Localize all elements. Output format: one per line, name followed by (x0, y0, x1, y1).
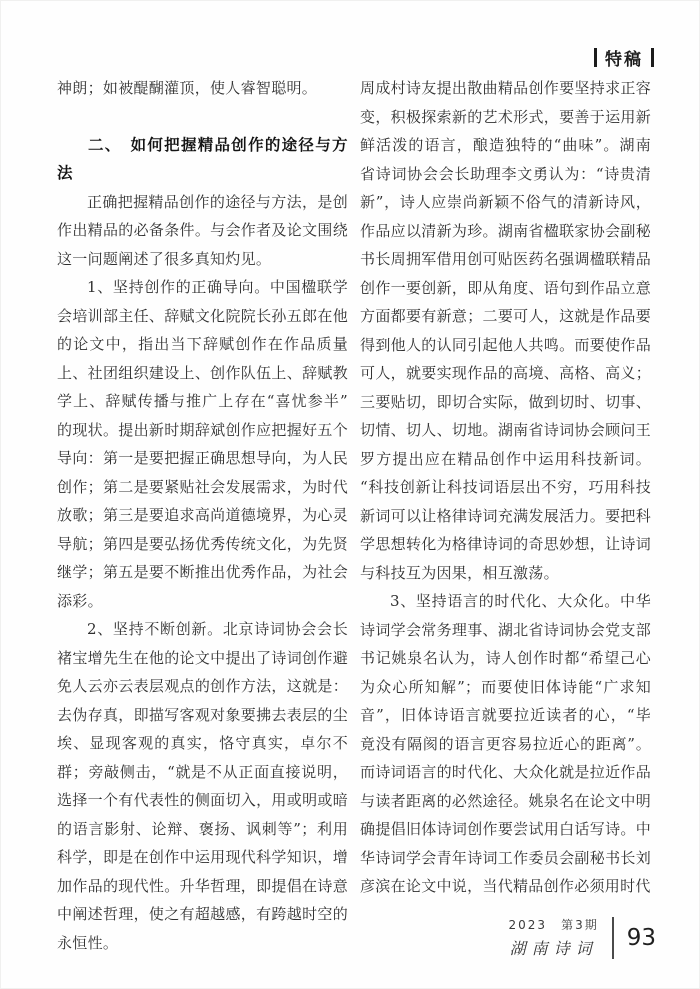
paragraph: 3、坚持语言的时代化、大众化。中华诗词学会常务理事、湖北省诗词协会党支部书记姚泉… (360, 587, 651, 901)
paragraph: 正确把握精品创作的途径与方法，是创作出精品的必备条件。与会作者及论文围绕这一问题… (57, 188, 348, 274)
right-column: 周成村诗友提出散曲精品创作要坚持求正容变，积极探索新的艺术形式，要善于运用新鲜活… (360, 74, 651, 957)
section-tag-label: 特稿 (605, 45, 643, 70)
issue-label: 2023 第3期 (509, 916, 599, 933)
left-column: 神朗；如被醍醐灌顶，使人睿智聪明。 二、 如何把握精品创作的途径与方法 正确把握… (57, 74, 348, 957)
tag-left-bar-icon (594, 48, 597, 67)
page-footer: 2023 第3期 湖南诗词 93 (509, 916, 656, 959)
journal-info: 2023 第3期 湖南诗词 (509, 916, 599, 959)
tag-right-bar-icon (651, 48, 654, 67)
section-tag: 特稿 (594, 45, 654, 70)
paragraph-continuation: 神朗；如被醍醐灌顶，使人睿智聪明。 (57, 74, 348, 103)
page-number: 93 (627, 925, 656, 951)
paragraph-continuation: 周成村诗友提出散曲精品创作要坚持求正容变，积极探索新的艺术形式，要善于运用新鲜活… (360, 74, 651, 587)
journal-name: 湖南诗词 (509, 936, 599, 959)
paragraph: 2、坚持不断创新。北京诗词协会会长褚宝增先生在他的论文中提出了诗词创作避免人云亦… (57, 615, 348, 957)
scanned-journal-page: 特稿 神朗；如被醍醐灌顶，使人睿智聪明。 二、 如何把握精品创作的途径与方法 正… (0, 0, 700, 989)
section-heading: 二、 如何把握精品创作的途径与方法 (57, 131, 348, 188)
footer-divider (612, 917, 614, 959)
article-body: 神朗；如被醍醐灌顶，使人睿智聪明。 二、 如何把握精品创作的途径与方法 正确把握… (57, 74, 652, 957)
paragraph: 1、坚持创作的正确导向。中国楹联学会培训部主任、辞赋文化院院长孙五郎在他的论文中… (57, 273, 348, 615)
